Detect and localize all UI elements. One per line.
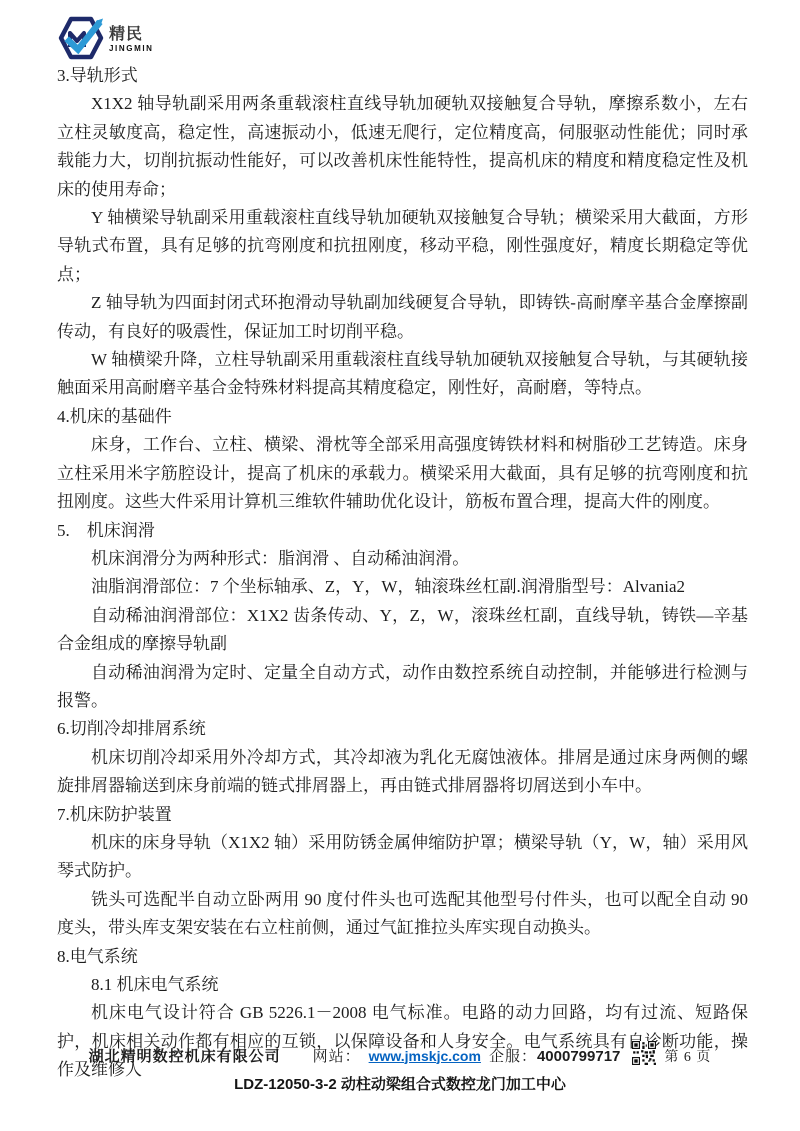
paragraph: 油脂润滑部位：7 个坐标轴承、Z，Y，W，轴滚珠丝杠副.润滑脂型号：Alvani… xyxy=(57,573,748,601)
company-logo: 精民 JINGMIN xyxy=(58,17,154,63)
footer-service-phone: 4000799717 xyxy=(537,1048,620,1065)
footer-model-line: LDZ-12050-3-2 动柱动梁组合式数控龙门加工中心 xyxy=(0,1073,800,1094)
paragraph: 床身，工作台、立柱、横梁、滑枕等全部采用高强度铸铁材料和树脂砂工艺铸造。床身立柱… xyxy=(57,431,748,516)
section-heading: 5. 机床润滑 xyxy=(57,517,748,545)
section-heading: 8.电气系统 xyxy=(57,943,748,971)
subsection-heading: 8.1 机床电气系统 xyxy=(57,971,748,999)
paragraph: Z 轴导轨为四面封闭式环抱滑动导轨副加线硬复合导轨，即铸铁-高耐摩辛基合金摩擦副… xyxy=(57,289,748,346)
logo-text: 精民 JINGMIN xyxy=(109,27,154,53)
logo-cn-label: 精民 xyxy=(109,27,154,43)
footer-website-label: 网站： xyxy=(313,1045,361,1066)
section-heading: 7.机床防护装置 xyxy=(57,801,748,829)
section-heading: 3.导轨形式 xyxy=(57,62,748,90)
document-page: { "logo": { "cn": "精民", "en": "JINGMIN",… xyxy=(0,0,800,1131)
document-content: 3.导轨形式 X1X2 轴导轨副采用两条重载滚柱直线导轨加硬轨双接触复合导轨，摩… xyxy=(57,62,748,1085)
paragraph: W 轴横梁升降，立柱导轨副采用重载滚柱直线导轨加硬轨双接触复合导轨，与其硬轨接触… xyxy=(57,346,748,403)
footer-website-link[interactable]: www.jmskjc.com xyxy=(369,1048,481,1064)
logo-en-label: JINGMIN xyxy=(109,45,154,53)
footer-company-name: 湖北精明数控机床有限公司 xyxy=(89,1045,281,1066)
paragraph: 机床切削冷却采用外冷却方式，其冷却液为乳化无腐蚀液体。排屑是通过床身两侧的螺旋排… xyxy=(57,744,748,801)
paragraph: 自动稀油润滑为定时、定量全自动方式，动作由数控系统自动控制，并能够进行检测与报警… xyxy=(57,659,748,716)
paragraph: X1X2 轴导轨副采用两条重载滚柱直线导轨加硬轨双接触复合导轨，摩擦系数小，左右… xyxy=(57,90,748,204)
paragraph: 自动稀油润滑部位：X1X2 齿条传动、Y，Z，W，滚珠丝杠副，直线导轨，铸铁—辛… xyxy=(57,602,748,659)
footer-service-group: 企服：4000799717 xyxy=(489,1045,620,1066)
paragraph: 机床的床身导轨（X1X2 轴）采用防锈金属伸缩防护罩；横梁导轨（Y，W，轴）采用… xyxy=(57,829,748,886)
footer-page-number: 第 6 页 xyxy=(664,1046,711,1066)
section-heading: 4.机床的基础件 xyxy=(57,403,748,431)
qr-code-icon xyxy=(628,1041,656,1070)
footer-info-row: 湖北精明数控机床有限公司 网站： www.jmskjc.com 企服：40007… xyxy=(0,1041,800,1070)
paragraph: 铣头可选配半自动立卧两用 90 度付件头也可选配其他型号付件头，也可以配全自动 … xyxy=(57,886,748,943)
logo-hexagon-icon xyxy=(58,16,104,65)
section-heading: 6.切削冷却排屑系统 xyxy=(57,715,748,743)
page-footer: 湖北精明数控机床有限公司 网站： www.jmskjc.com 企服：40007… xyxy=(0,1041,800,1094)
paragraph: Y 轴横梁导轨副采用重载滚柱直线导轨加硬轨双接触复合导轨；横梁采用大截面，方形导… xyxy=(57,204,748,289)
paragraph: 机床润滑分为两种形式：脂润滑 、自动稀油润滑。 xyxy=(57,545,748,573)
footer-service-label: 企服： xyxy=(489,1049,537,1065)
